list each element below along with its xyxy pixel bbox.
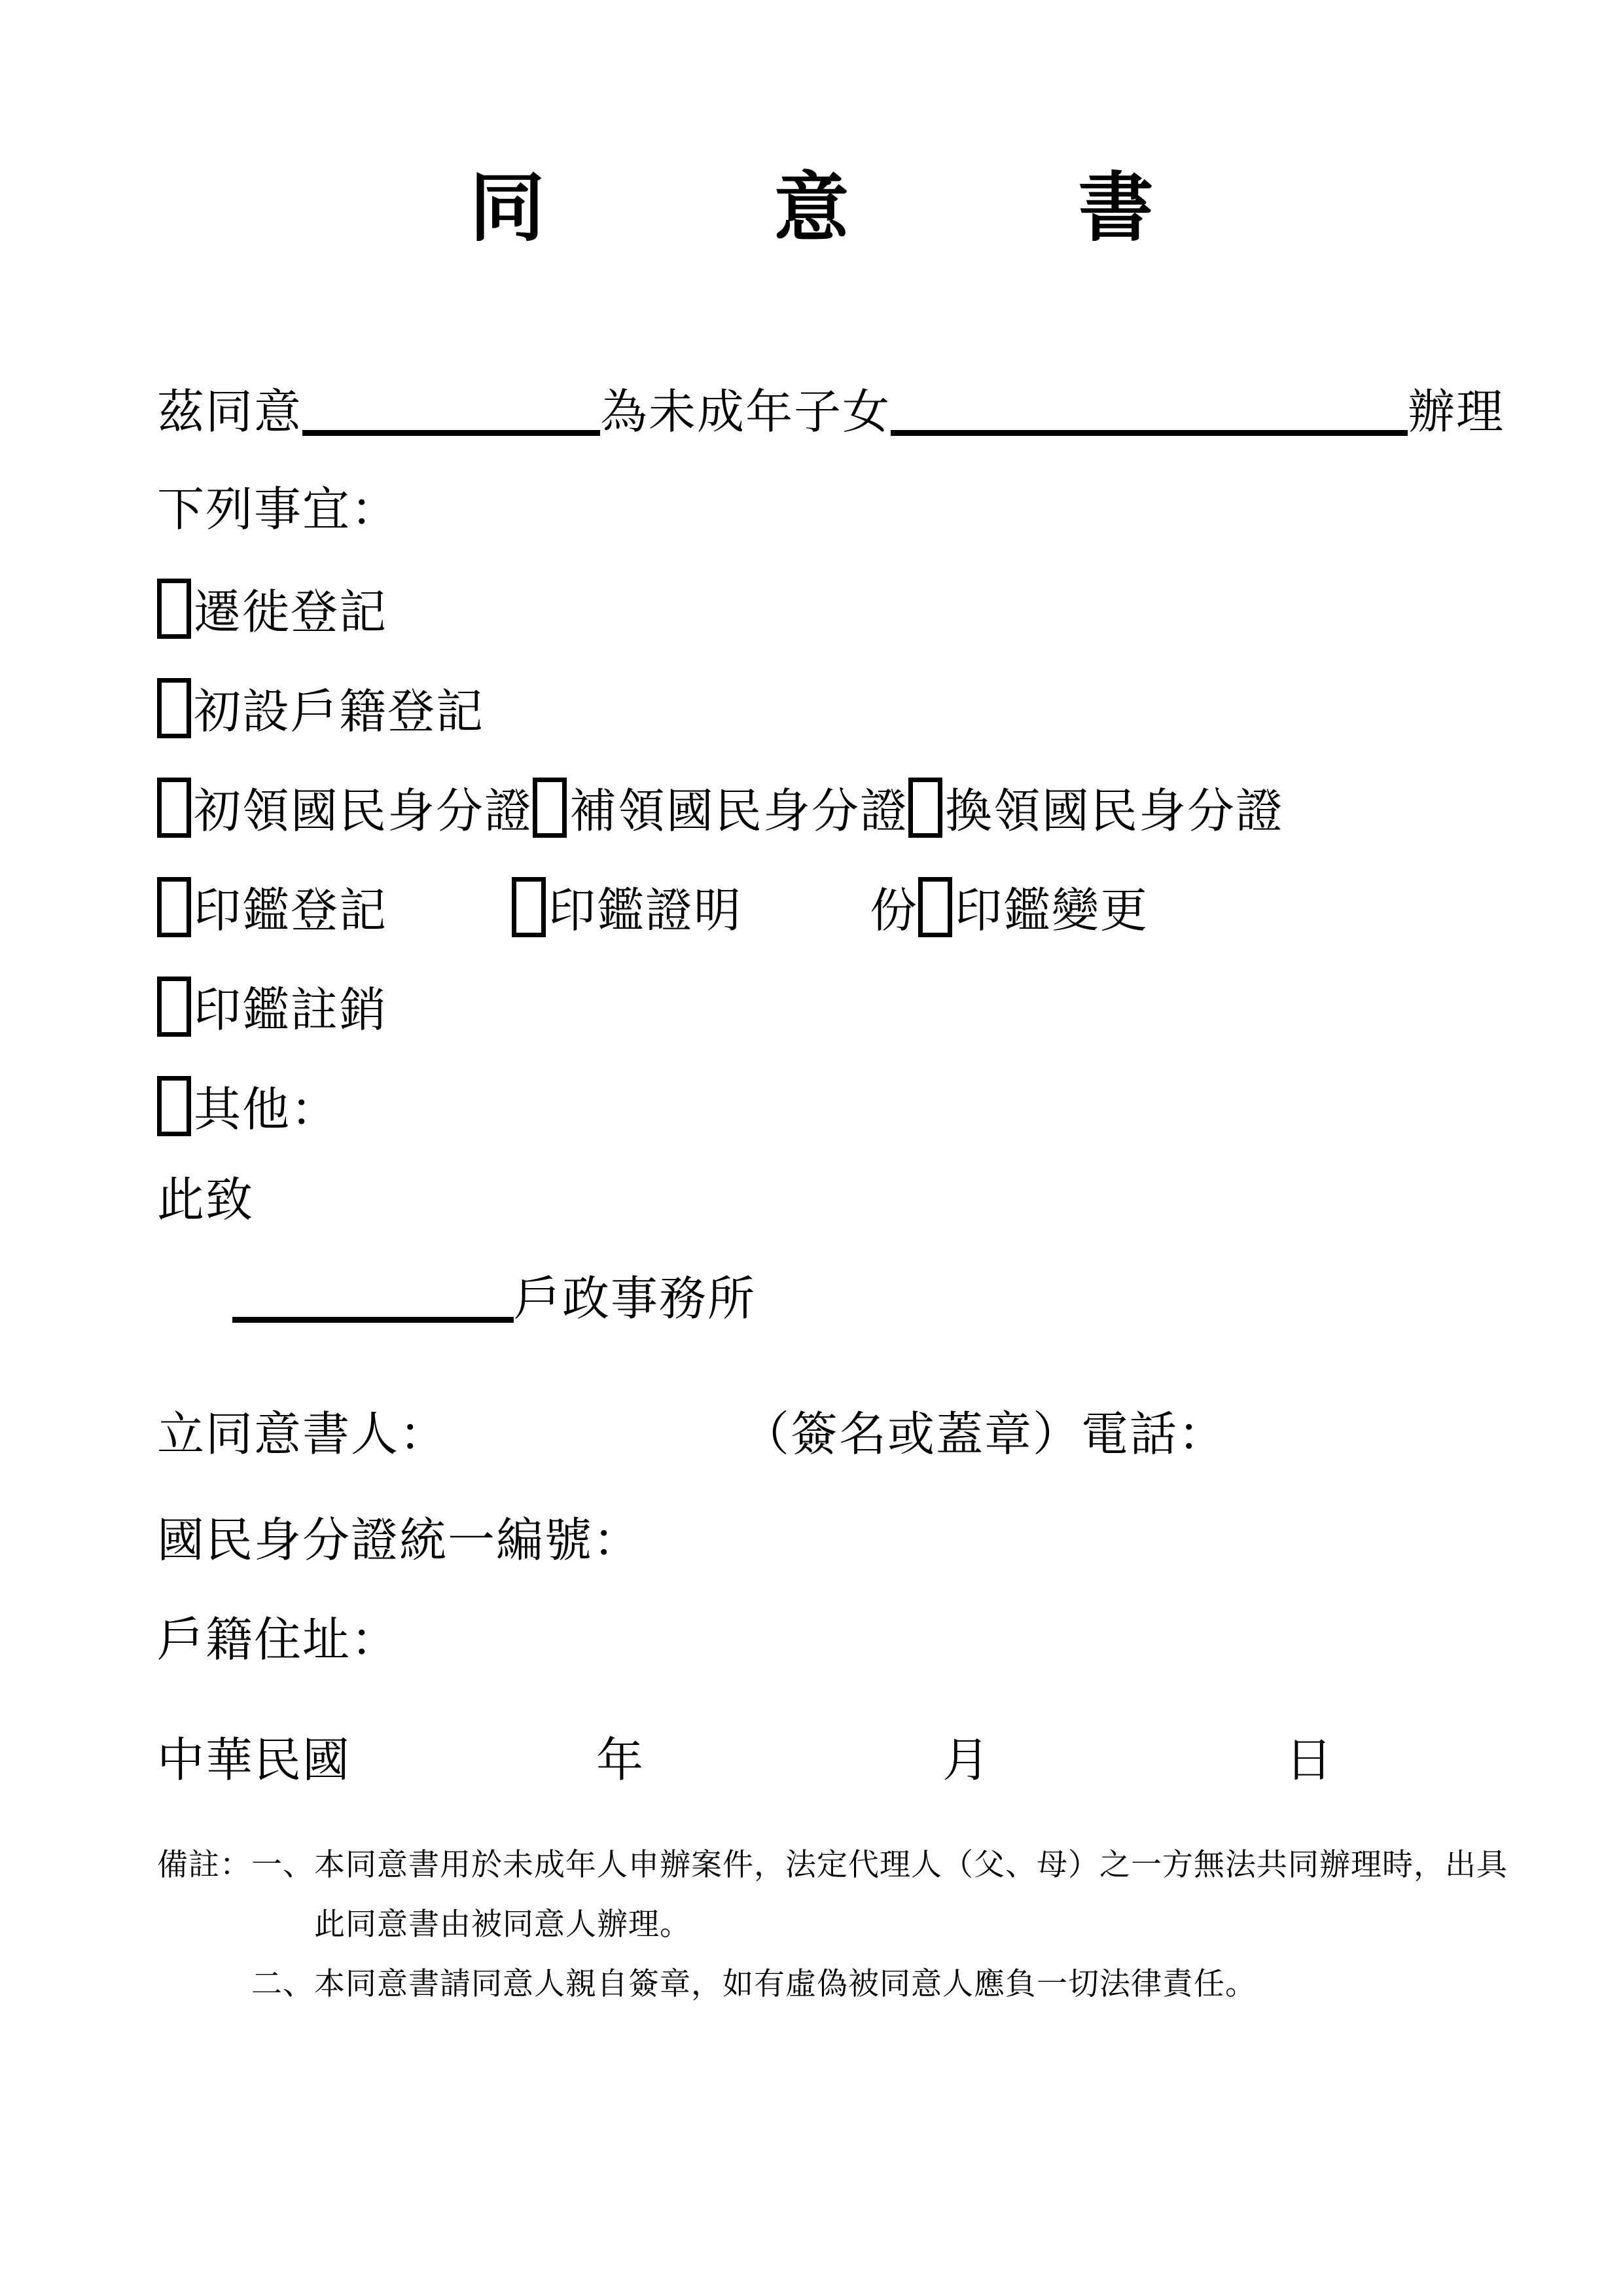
label-seal-change: 印鑑變更 <box>955 883 1149 938</box>
label-initial-household-registration: 初設戶籍登記 <box>194 684 484 739</box>
label-seal-copies-suffix: 份 <box>870 883 918 938</box>
spacer <box>157 1314 232 1315</box>
address-label: 戶籍住址： <box>157 1612 399 1667</box>
signer-signature-blank[interactable] <box>448 1450 742 1450</box>
year-label: 年 <box>596 1732 645 1787</box>
salute-line: 此致 <box>157 1173 254 1227</box>
intro-part3: 辦理 <box>1408 384 1505 439</box>
sign-hint-label: （簽名或蓋章） <box>742 1407 1081 1462</box>
phone-label: 電話： <box>1081 1407 1226 1462</box>
id-number-label: 國民身分證統一編號： <box>157 1513 641 1568</box>
note1-number: 一、 <box>251 1847 314 1883</box>
checkbox-other[interactable] <box>157 1076 191 1136</box>
id-number-line: 國民身分證統一編號： <box>157 1513 838 1568</box>
era-label: 中華民國 <box>157 1732 351 1787</box>
label-id-reissue: 補領國民身分證 <box>569 783 908 838</box>
label-id-first-issue: 初領國民身分證 <box>194 783 533 838</box>
notes-section: 備註：一、本同意書用於未成年人申辦案件，法定代理人（父、母）之一方無法共同辦理時… <box>157 1850 1564 2028</box>
consenter-name-blank[interactable] <box>302 383 600 436</box>
intro-part1: 茲同意 <box>157 384 302 439</box>
note2-number: 二、 <box>251 1966 314 2002</box>
notes-label: 備註： <box>157 1847 251 1883</box>
office-line: 戶政事務所 <box>157 1270 756 1326</box>
seal-certificate-copies-blank[interactable] <box>742 926 870 927</box>
option-row-seal-cancel: 印鑑註銷 <box>157 977 387 1037</box>
label-seal-cancellation: 印鑑註銷 <box>194 982 387 1037</box>
office-suffix-label: 戶政事務所 <box>514 1271 756 1326</box>
consent-form-page: 同意書 茲同意為未成年子女辦理 下列事宜： 遷徙登記 初設戶籍登記 初領國民身分… <box>0 0 1623 2296</box>
option-row-initial-household: 初設戶籍登記 <box>157 678 484 739</box>
note2-text: 本同意書請同意人親自簽章，如有虛偽被同意人應負一切法律責任。 <box>314 1966 1257 2002</box>
note1-text-part2: 此同意書由被同意人辦理。 <box>314 1907 691 1943</box>
day-blank[interactable] <box>991 1776 1285 1776</box>
date-line: 中華民國年月日 <box>157 1733 1334 1787</box>
option-row-move: 遷徙登記 <box>157 579 387 639</box>
label-move-registration: 遷徙登記 <box>194 584 387 639</box>
checkbox-seal-registration[interactable] <box>157 877 191 937</box>
checkbox-initial-household-registration[interactable] <box>157 678 191 738</box>
form-title: 同意書 <box>0 167 1623 250</box>
minor-child-name-blank[interactable] <box>891 383 1408 436</box>
subject-line: 下列事宜： <box>157 482 399 537</box>
checkbox-id-reissue[interactable] <box>533 778 567 838</box>
office-name-blank[interactable] <box>232 1270 514 1323</box>
checkbox-move-registration[interactable] <box>157 579 191 639</box>
intro-part2: 為未成年子女 <box>600 384 891 439</box>
month-blank[interactable] <box>645 1776 942 1776</box>
checkbox-seal-change[interactable] <box>918 877 952 937</box>
signer-label: 立同意書人： <box>157 1407 448 1462</box>
note1-text-part1: 本同意書用於未成年人申辦案件，法定代理人（父、母）之一方無法共同辦理時，出具 <box>314 1847 1508 1883</box>
note-line-1: 備註：一、本同意書用於未成年人申辦案件，法定代理人（父、母）之一方無法共同辦理時… <box>157 1850 1564 1880</box>
label-seal-certificate: 印鑑證明 <box>548 883 742 938</box>
address-line: 戶籍住址： <box>157 1613 596 1667</box>
signer-line: 立同意書人：（簽名或蓋章）電話： <box>157 1407 1357 1462</box>
checkbox-seal-certificate[interactable] <box>512 877 546 937</box>
address-blank[interactable] <box>399 1655 596 1656</box>
checkbox-id-renewal[interactable] <box>908 778 942 838</box>
day-label: 日 <box>1285 1732 1334 1787</box>
label-seal-registration: 印鑑登記 <box>194 883 387 938</box>
option-row-other: 其他： <box>157 1076 339 1137</box>
spacer <box>387 926 512 927</box>
note-line-3: 二、本同意書請同意人親自簽章，如有虛偽被同意人應負一切法律責任。 <box>157 1969 1564 2000</box>
phone-blank[interactable] <box>1226 1450 1357 1450</box>
option-row-seal: 印鑑登記印鑑證明份印鑑變更 <box>157 877 1149 938</box>
option-row-id-card: 初領國民身分證補領國民身分證換領國民身分證 <box>157 778 1284 838</box>
month-label: 月 <box>942 1732 991 1787</box>
checkbox-id-first-issue[interactable] <box>157 778 191 838</box>
id-number-blank[interactable] <box>641 1556 838 1556</box>
label-other: 其他： <box>194 1082 339 1137</box>
year-blank[interactable] <box>351 1776 596 1776</box>
intro-line: 茲同意為未成年子女辦理 <box>157 383 1505 439</box>
checkbox-seal-cancellation[interactable] <box>157 977 191 1037</box>
note-line-2: 此同意書由被同意人辦理。 <box>157 1909 1564 1940</box>
label-id-renewal: 換領國民身分證 <box>945 783 1284 838</box>
